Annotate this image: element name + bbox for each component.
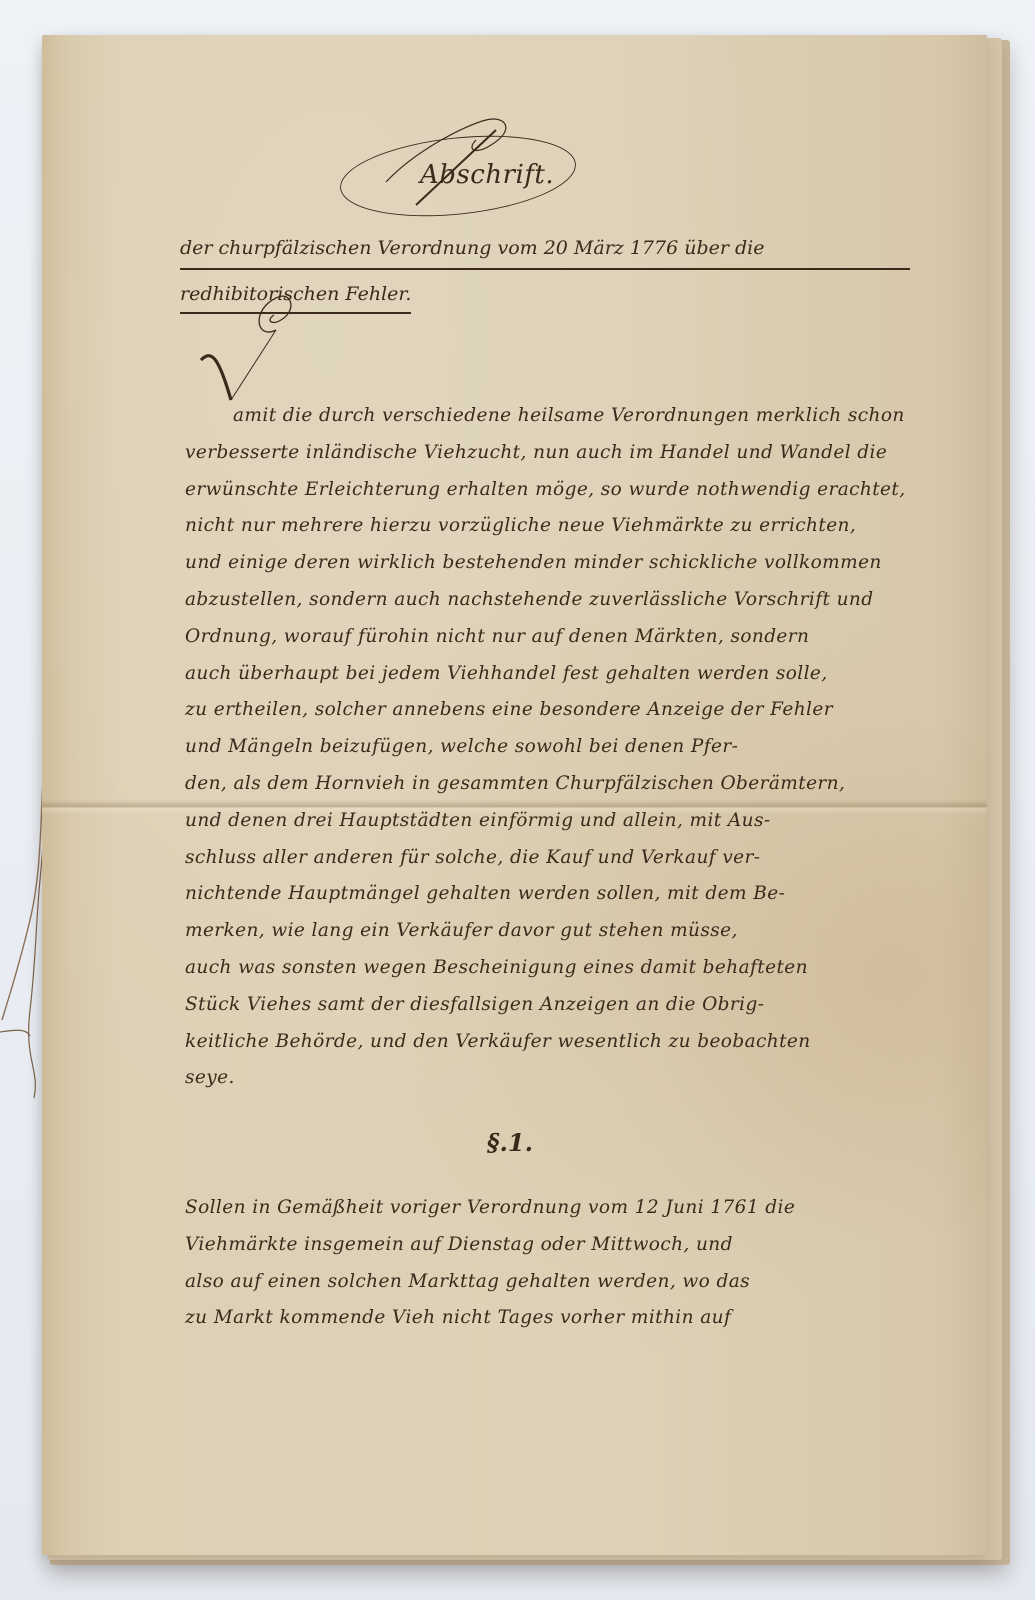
text-line: und denen drei Hauptstädten einförmig un… (185, 803, 975, 840)
text-line: nichtende Hauptmängel gehalten werden so… (185, 876, 975, 913)
text-line: Viehmärkte insgemein auf Dienstag oder M… (185, 1227, 975, 1264)
text-line: und Mängeln beizufügen, welche sowohl be… (185, 729, 975, 766)
text-line: also auf einen solchen Markttag gehalten… (185, 1264, 975, 1301)
text-line: schluss aller anderen für solche, die Ka… (185, 840, 975, 877)
text-line: auch überhaupt bei jedem Viehhandel fest… (185, 656, 975, 693)
text-line: Ordnung, worauf fürohin nicht nur auf de… (185, 619, 975, 656)
text-line: den, als dem Hornvieh in gesammten Churp… (185, 766, 975, 803)
text-line: und einige deren wirklich bestehenden mi… (185, 545, 975, 582)
text-line: merken, wie lang ein Verkäufer davor gut… (185, 913, 975, 950)
text-line: seye. (185, 1060, 975, 1097)
text-line: nicht nur mehrere hierzu vorzügliche neu… (185, 508, 975, 545)
text-line: zu ertheilen, solcher annebens eine beso… (185, 692, 975, 729)
text-line: erwünschte Erleichterung erhalten möge, … (185, 472, 975, 509)
text-line: auch was sonsten wegen Bescheinigung ein… (185, 950, 975, 987)
subtitle-line-1: der churpfälzischen Verordnung vom 20 Mä… (180, 230, 910, 270)
document-title: Abschrift. (420, 160, 554, 190)
text-line: zu Markt kommende Vieh nicht Tages vorhe… (185, 1300, 975, 1337)
text-line: amit die durch verschiedene heilsame Ver… (185, 398, 975, 435)
text-line: verbesserte inländische Viehzucht, nun a… (185, 435, 975, 472)
text-line: Sollen in Gemäßheit voriger Verordnung v… (185, 1190, 975, 1227)
text-line: keitliche Behörde, und den Verkäufer wes… (185, 1024, 975, 1061)
preamble-paragraph: amit die durch verschiedene heilsame Ver… (185, 398, 975, 1097)
text-line: Stück Viehes samt der diesfallsigen Anze… (185, 987, 975, 1024)
section-1-paragraph: Sollen in Gemäßheit voriger Verordnung v… (185, 1190, 975, 1337)
decorated-initial-d (196, 290, 306, 405)
text-line: abzustellen, sondern auch nachstehende z… (185, 582, 975, 619)
section-heading: §.1. (487, 1128, 533, 1157)
